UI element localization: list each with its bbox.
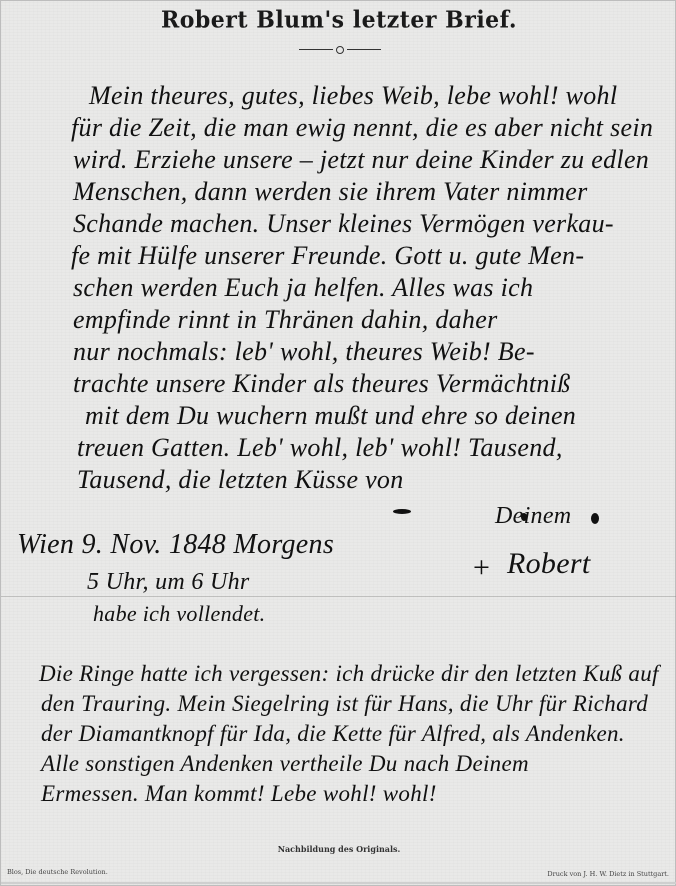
paper-fold-line	[1, 596, 676, 597]
time-line-2: habe ich vollendet.	[93, 601, 265, 627]
letter-line: empfinde rinnt in Thränen dahin, daher	[73, 305, 498, 335]
title-ornament	[299, 47, 381, 53]
postscript-line: der Diamantknopf für Ida, die Kette für …	[41, 721, 625, 747]
document-page: Robert Blum's letzter Brief. Mein theure…	[0, 0, 676, 886]
letter-line: Tausend, die letzten Küsse von	[77, 465, 404, 495]
cross-mark: +	[473, 551, 490, 585]
letter-line: schen werden Euch ja helfen. Alles was i…	[73, 273, 533, 303]
letter-line: Schande machen. Unser kleines Vermögen v…	[73, 209, 614, 239]
letter-line: nur nochmals: leb' wohl, theures Weib! B…	[73, 337, 535, 367]
ink-blot	[591, 513, 599, 524]
document-title: Robert Blum's letzter Brief.	[1, 6, 676, 33]
postscript-line: Ermessen. Man kommt! Lebe wohl! wohl!	[41, 781, 437, 807]
bottom-edge	[1, 882, 676, 884]
letter-line: treuen Gatten. Leb' wohl, leb' wohl! Tau…	[77, 433, 563, 463]
signature: Robert	[507, 547, 590, 581]
letter-line-text: wird. Erziehe unsere – jetzt nur deine K…	[73, 145, 649, 174]
footer-printer: Druck von J. H. W. Dietz in Stuttgart.	[547, 870, 669, 878]
ink-blot	[393, 509, 411, 514]
facsimile-caption: Nachbildung des Originals.	[1, 844, 676, 854]
letter-line: Menschen, dann werden sie ihrem Vater ni…	[73, 177, 588, 207]
postscript-line: Die Ringe hatte ich vergessen: ich drück…	[39, 661, 659, 687]
letter-line: für die Zeit, die man ewig nennt, die es…	[71, 113, 653, 143]
dateline: Wien 9. Nov. 1848 Morgens	[17, 529, 334, 561]
letter-line: mit dem Du wuchern mußt und ehre so dein…	[85, 401, 576, 431]
postscript-line: Alle sonstigen Andenken vertheile Du nac…	[41, 751, 529, 777]
letter-line: Mein theures, gutes, liebes Weib, lebe w…	[89, 81, 617, 111]
letter-line: fe mit Hülfe unserer Freunde. Gott u. gu…	[71, 241, 584, 271]
letter-line: trachte unsere Kinder als theures Vermäc…	[73, 369, 571, 399]
signature-salutation: Deinem	[495, 503, 571, 530]
letter-line: wird. Erziehe unsere – jetzt nur deine K…	[73, 145, 649, 175]
footer-source: Blos, Die deutsche Revolution.	[7, 868, 108, 876]
postscript-line: den Trauring. Mein Siegelring ist für Ha…	[41, 691, 648, 717]
time-line: 5 Uhr, um 6 Uhr	[87, 569, 250, 596]
